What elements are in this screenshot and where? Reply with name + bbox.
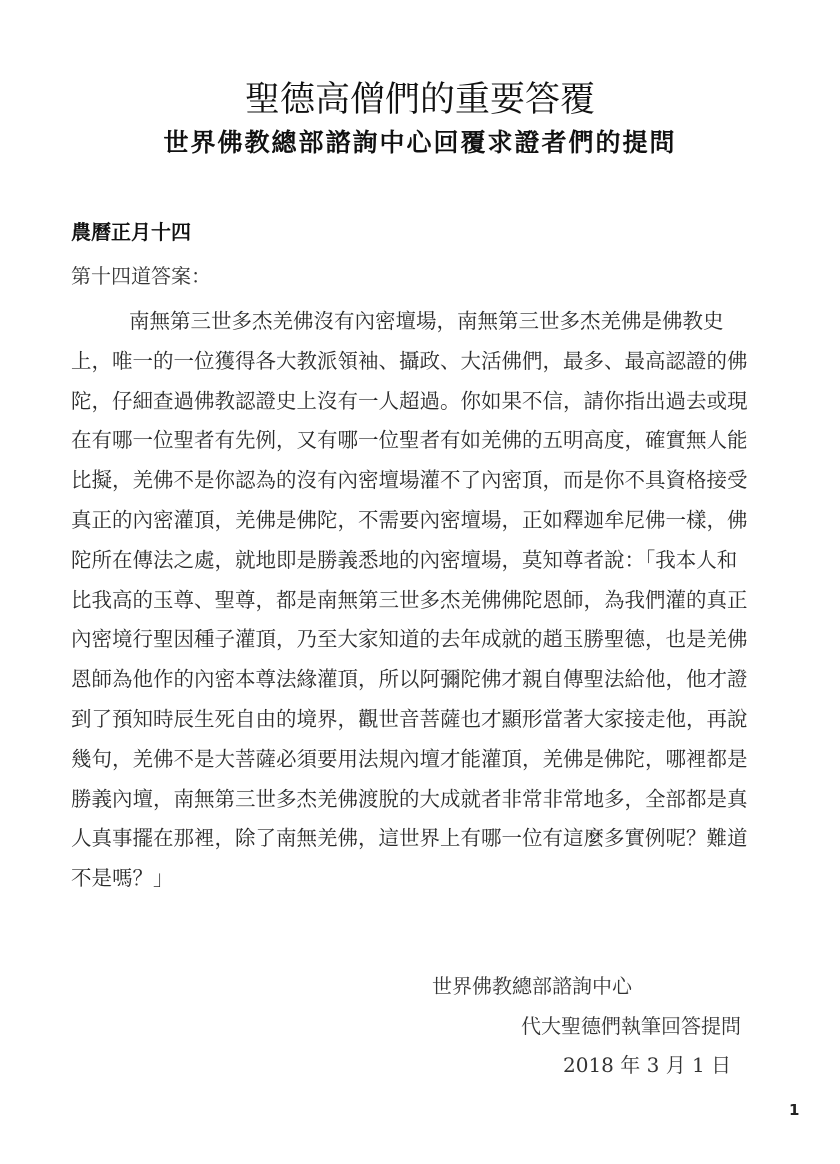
signature-date: 2018 年 3 月 1 日 [563,1051,731,1079]
answer-body: 南無第三世多杰羌佛沒有內密壇場，南無第三世多杰羌佛是佛教史 上，唯一的一位獲得各… [71,302,791,899]
body-line: 陀所在傳法之處，就地即是勝義悉地的內密壇場，莫知尊者說：「我本人和 [71,541,791,581]
body-line: 真正的內密灌頂，羌佛是佛陀，不需要內密壇場，正如釋迦牟尼佛一樣，佛 [71,501,791,541]
body-line: 勝義內壇，南無第三世多杰羌佛渡脫的大成就者非常非常地多，全部都是真 [71,780,791,820]
document-title: 聖德高僧們的重要答覆 [0,78,840,122]
signature-organization: 世界佛教總部諮詢中心 [432,972,632,1000]
body-line: 人真事擺在那裡，除了南無羌佛，這世界上有哪一位有這麼多實例呢？難道 [71,819,791,859]
body-line: 陀，仔細查過佛教認證史上沒有一人超過。你如果不信，請你指出過去或現 [71,382,791,422]
document-subtitle: 世界佛教總部諮詢中心回覆求證者們的提問 [0,126,840,160]
page-number: 1 [789,1101,799,1119]
answer-label: 第十四道答案： [71,261,211,291]
body-line: 不是嗎？」 [71,859,791,899]
body-line: 內密境行聖因種子灌頂，乃至大家知道的去年成就的趙玉勝聖德，也是羌佛 [71,620,791,660]
body-line: 在有哪一位聖者有先例，又有哪一位聖者有如羌佛的五明高度，確實無人能 [71,421,791,461]
lunar-date-heading: 農曆正月十四 [71,217,191,247]
body-line: 幾句，羌佛不是大菩薩必須要用法規內壇才能灌頂，羌佛是佛陀，哪裡都是 [71,740,791,780]
body-line: 到了預知時辰生死自由的境界，觀世音菩薩也才顯形當著大家接走他，再說 [71,700,791,740]
signature-on-behalf: 代大聖德們執筆回答提問 [521,1012,741,1040]
body-line: 比我高的玉尊、聖尊，都是南無第三世多杰羌佛佛陀恩師，為我們灌的真正 [71,581,791,621]
body-line: 恩師為他作的內密本尊法緣灌頂，所以阿彌陀佛才親自傳聖法給他，他才證 [71,660,791,700]
body-line: 上，唯一的一位獲得各大教派領袖、攝政、大活佛們，最多、最高認證的佛 [71,342,791,382]
body-line: 南無第三世多杰羌佛沒有內密壇場，南無第三世多杰羌佛是佛教史 [71,302,791,342]
body-line: 比擬，羌佛不是你認為的沒有內密壇場灌不了內密頂，而是你不具資格接受 [71,461,791,501]
